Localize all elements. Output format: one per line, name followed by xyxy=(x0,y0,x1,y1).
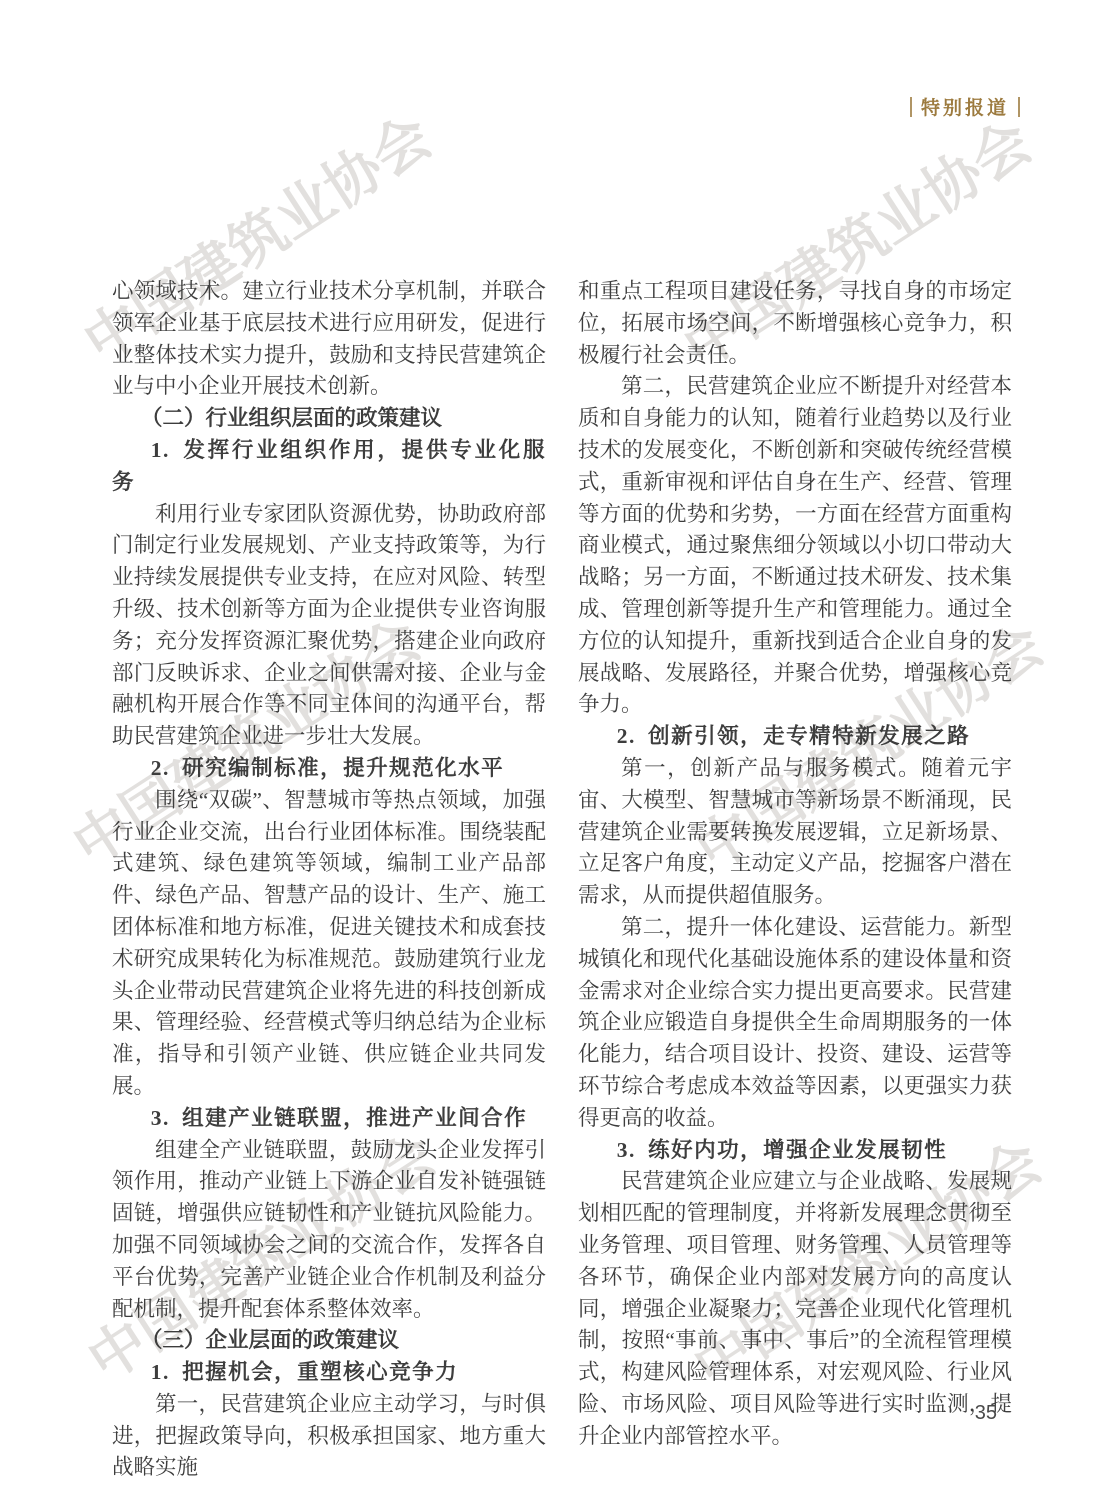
left-heading-5: 2. 研究编制标准，提升规范化水平 xyxy=(112,753,546,785)
page-number: 35 xyxy=(975,1402,997,1425)
right-paragraph-4: 第一，创新产品与服务模式。随着元宇宙、大模型、智慧城市等新场景不断涌现，民营建筑… xyxy=(578,753,1012,912)
left-heading-2: （二）行业组织层面的政策建议 xyxy=(112,403,546,435)
left-paragraph-8: 组建全产业链联盟，鼓励龙头企业发挥引领作用，推动产业链上下游企业自发补链强链固链… xyxy=(112,1135,546,1326)
left-paragraph-6: 围绕“双碳”、智慧城市等热点领域，加强行业企业交流，出台行业团体标准。围绕装配式… xyxy=(112,785,546,1103)
right-heading-3: 2. 创新引领，走专精特新发展之路 xyxy=(578,721,1012,753)
left-heading-9: （三）企业层面的政策建议 xyxy=(112,1325,546,1357)
left-column: 心领域技术。建立行业技术分享机制，并联合领军企业基于底层技术进行应用研发，促进行… xyxy=(112,276,546,1484)
left-heading-10: 1. 把握机会，重塑核心竞争力 xyxy=(112,1357,546,1389)
left-paragraph-1: 心领域技术。建立行业技术分享机制，并联合领军企业基于底层技术进行应用研发，促进行… xyxy=(112,276,546,403)
document-page: 中国建筑业协会 中国建筑业协会 中国建筑业协会 中国建筑业协会 中国建筑业协会 … xyxy=(0,0,1102,1496)
tag-bar-left-icon xyxy=(910,97,912,117)
right-column: 和重点工程项目建设任务，寻找自身的市场定位，拓展市场空间，不断增强核心竞争力，积… xyxy=(578,276,1012,1484)
left-paragraph-4: 利用行业专家团队资源优势，协助政府部门制定行业发展规划、产业支持政策等，为行业持… xyxy=(112,499,546,753)
right-heading-6: 3. 练好内功，增强企业发展韧性 xyxy=(578,1135,1012,1167)
right-paragraph-5: 第二，提升一体化建设、运营能力。新型城镇化和现代化基础设施体系的建设体量和资金需… xyxy=(578,912,1012,1135)
right-paragraph-1: 和重点工程项目建设任务，寻找自身的市场定位，拓展市场空间，不断增强核心竞争力，积… xyxy=(578,276,1012,371)
right-paragraph-7: 民营建筑企业应建立与企业战略、发展规划相匹配的管理制度，并将新发展理念贯彻至业务… xyxy=(578,1166,1012,1452)
section-tag: 特别报道 xyxy=(910,93,1020,121)
tag-bar-right-icon xyxy=(1018,97,1020,117)
left-paragraph-11: 第一，民营建筑企业应主动学习，与时俱进，把握政策导向，积极承担国家、地方重大战略… xyxy=(112,1389,546,1484)
section-tag-label: 特别报道 xyxy=(921,93,1009,121)
left-heading-3: 1. 发挥行业组织作用，提供专业化服务 xyxy=(112,435,546,499)
right-paragraph-2: 第二，民营建筑企业应不断提升对经营本质和自身能力的认知，随着行业趋势以及行业技术… xyxy=(578,371,1012,721)
left-heading-7: 3. 组建产业链联盟，推进产业间合作 xyxy=(112,1103,546,1135)
text-columns: 心领域技术。建立行业技术分享机制，并联合领军企业基于底层技术进行应用研发，促进行… xyxy=(112,276,1012,1484)
